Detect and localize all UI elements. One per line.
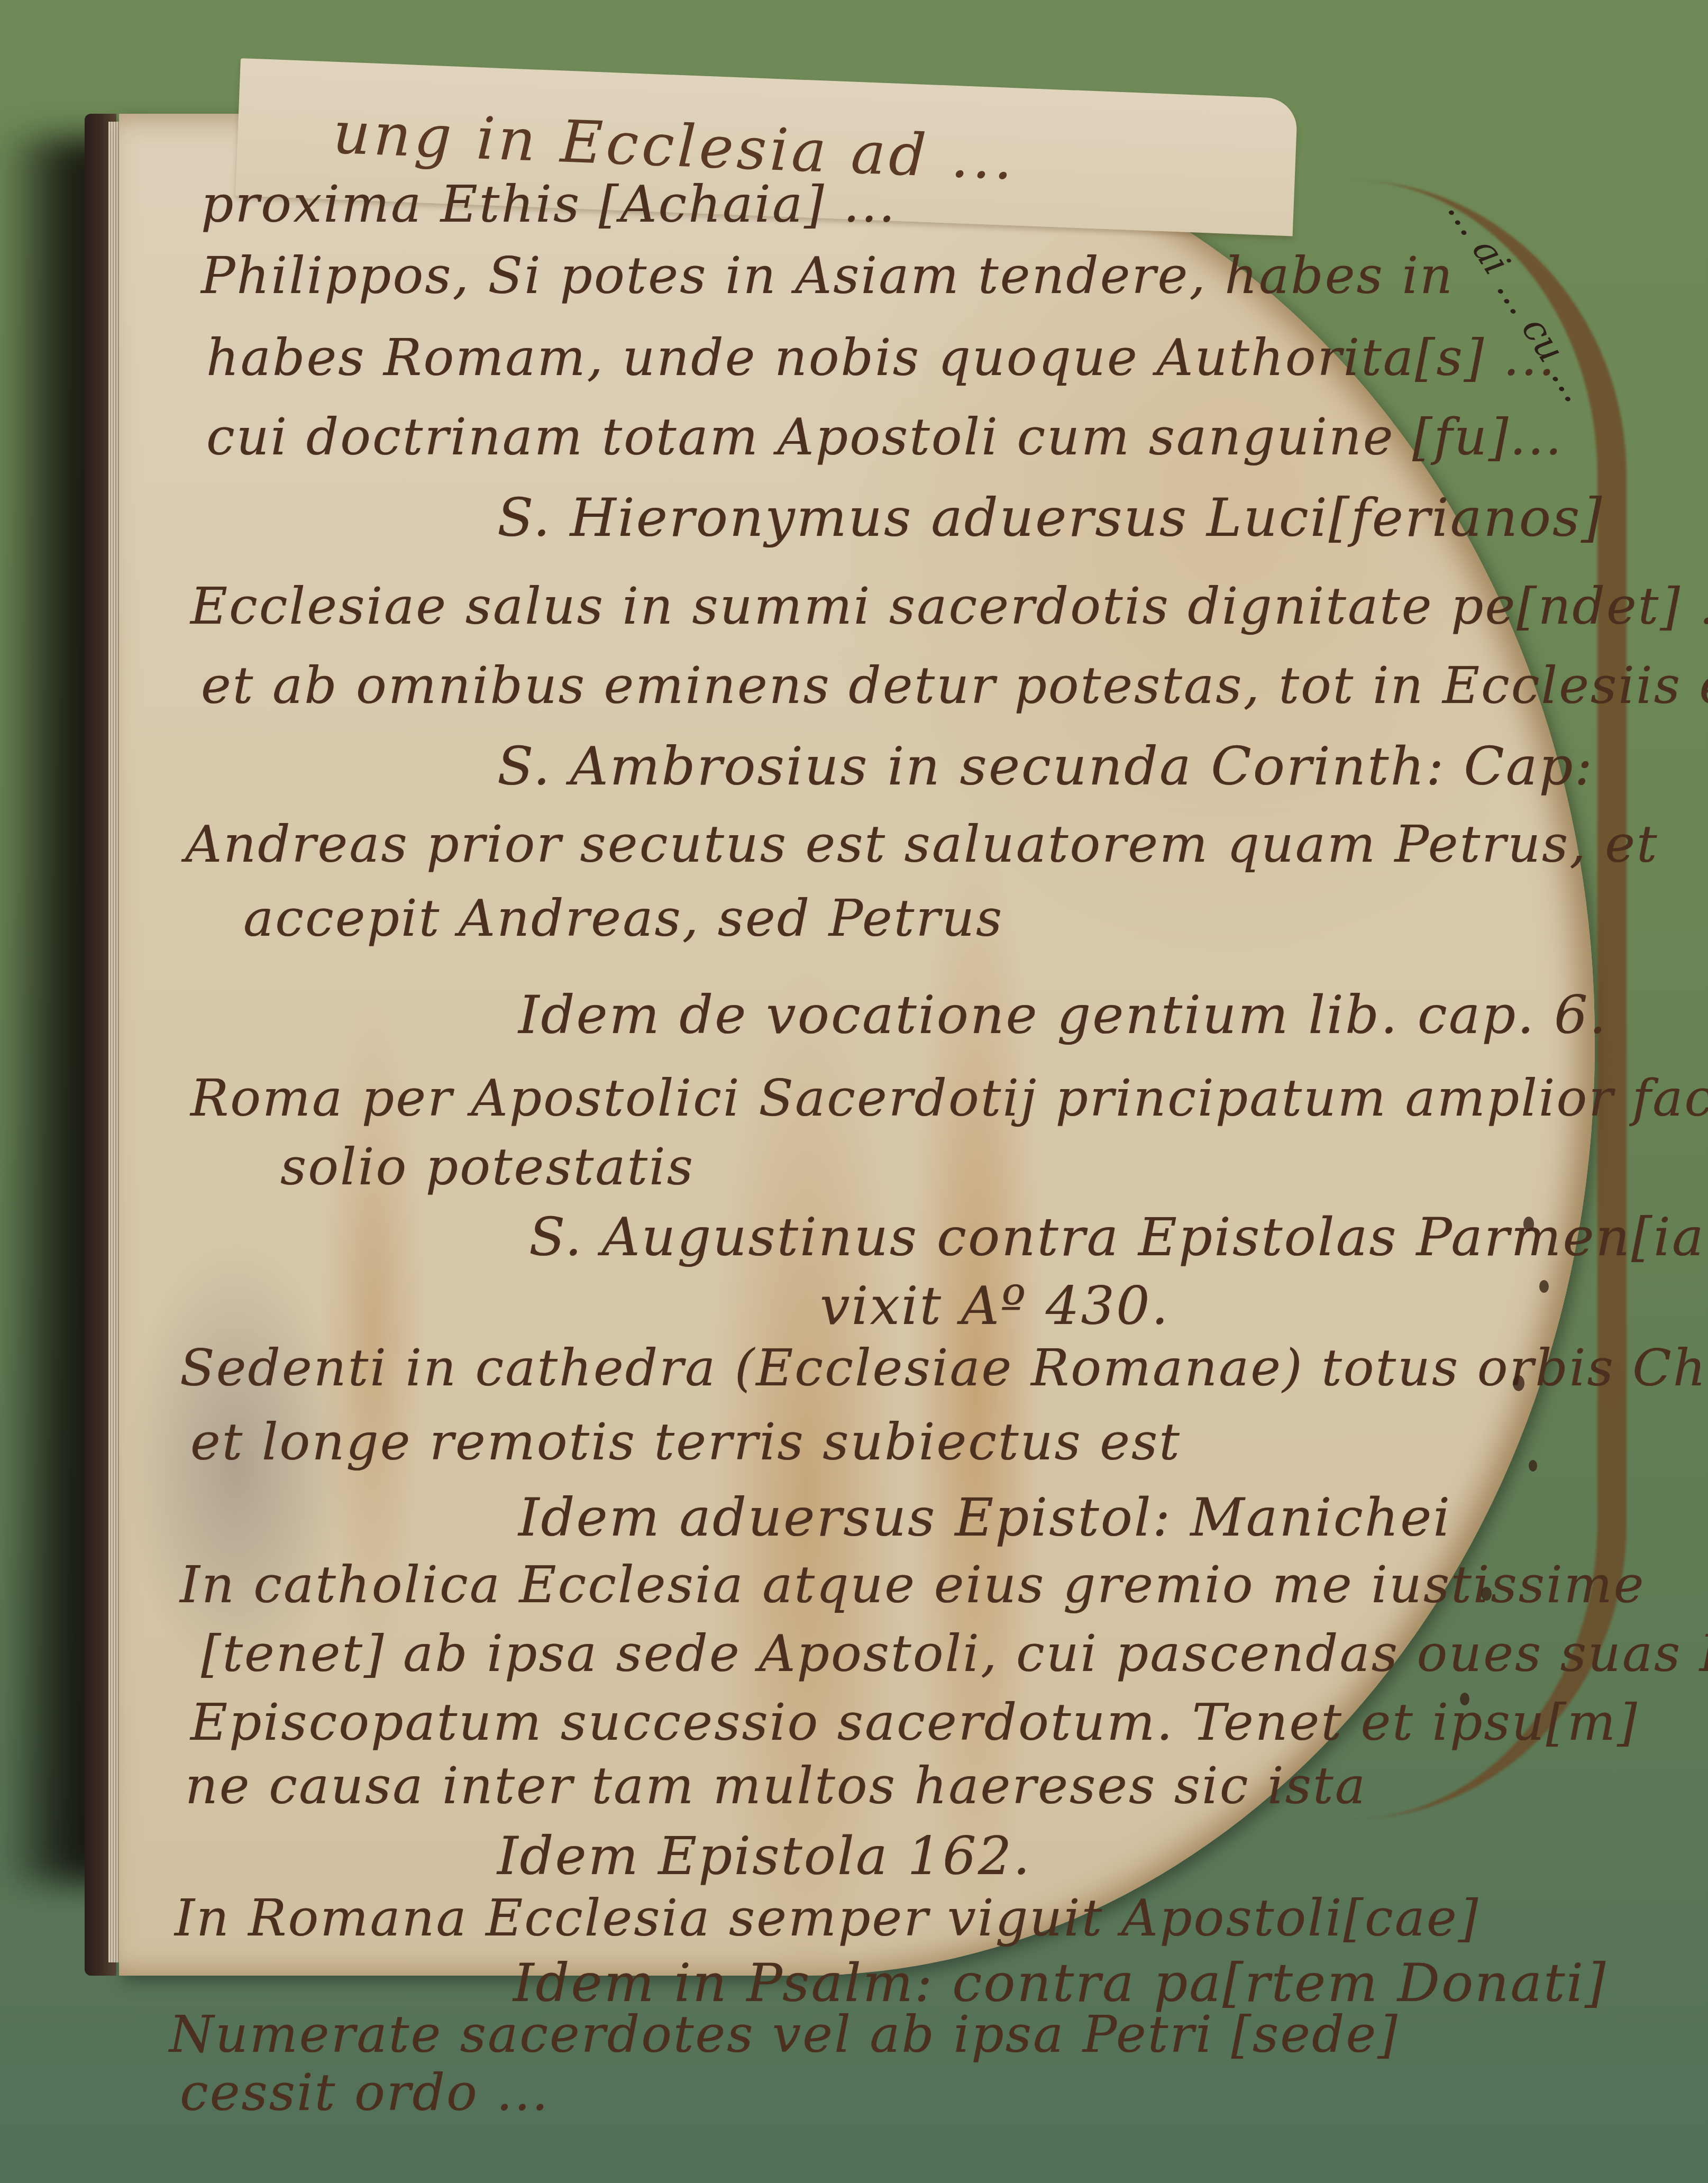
text-line: solio potestatis — [280, 1137, 695, 1196]
text-heading: Idem de vocatione gentium lib. cap. 6. — [518, 984, 1607, 1046]
text-line: cessit ordo ... — [180, 2063, 550, 2122]
ink-spot — [1529, 1460, 1537, 1472]
text-heading: S. Augustinus contra Epistolas Parmen[ia… — [529, 1206, 1708, 1268]
ink-spot — [1513, 1375, 1524, 1391]
text-line: In Romana Ecclesia semper viguit Apostol… — [175, 1888, 1479, 1948]
text-line: Episcopatum successio sacerdotum. Tenet … — [190, 1693, 1639, 1752]
text-heading: S. Ambrosius in secunda Corinth: Cap: — [497, 735, 1594, 797]
text-line: Philippos, Si potes in Asiam tendere, ha… — [201, 246, 1454, 305]
text-heading: Idem aduersus Epistol: Manichei — [518, 1486, 1451, 1548]
ink-spot — [1539, 1280, 1549, 1293]
text-heading: Idem Epistola 162. — [497, 1825, 1031, 1887]
text-heading: vixit Aº 430. — [820, 1275, 1170, 1337]
text-line: cui doctrinam totam Apostoli cum sanguin… — [206, 407, 1563, 467]
text-line: In catholica Ecclesia atque eius gremio … — [180, 1555, 1646, 1614]
text-line: Roma per Apostolici Sacerdotij principat… — [190, 1068, 1708, 1128]
text-line: et longe remotis terris subiectus est — [190, 1412, 1181, 1472]
text-line: habes Romam, unde nobis quoque Authorita… — [206, 328, 1556, 387]
text-line: et ab omnibus eminens detur potestas, to… — [201, 656, 1708, 715]
ink-spot — [1523, 1217, 1534, 1231]
text-line: [tenet] ab ipsa sede Apostoli, cui pasce… — [201, 1624, 1708, 1683]
text-line: Sedenti in cathedra (Ecclesiae Romanae) … — [180, 1338, 1708, 1398]
text-line: Numerate sacerdotes vel ab ipsa Petri [s… — [169, 2005, 1399, 2064]
ink-spot — [1481, 1587, 1492, 1601]
text-line: Ecclesiae salus in summi sacerdotis dign… — [190, 577, 1708, 636]
text-line: Andreas prior secutus est saluatorem qua… — [185, 815, 1659, 874]
text-line: ne causa inter tam multos haereses sic i… — [185, 1756, 1367, 1815]
text-line: proxima Ethis [Achaia] ... — [201, 175, 897, 234]
ink-spot — [1460, 1693, 1469, 1705]
text-heading: S. Hieronymus aduersus Luci[ferianos] — [497, 487, 1603, 549]
text-line: accepit Andreas, sed Petrus — [243, 889, 1003, 948]
